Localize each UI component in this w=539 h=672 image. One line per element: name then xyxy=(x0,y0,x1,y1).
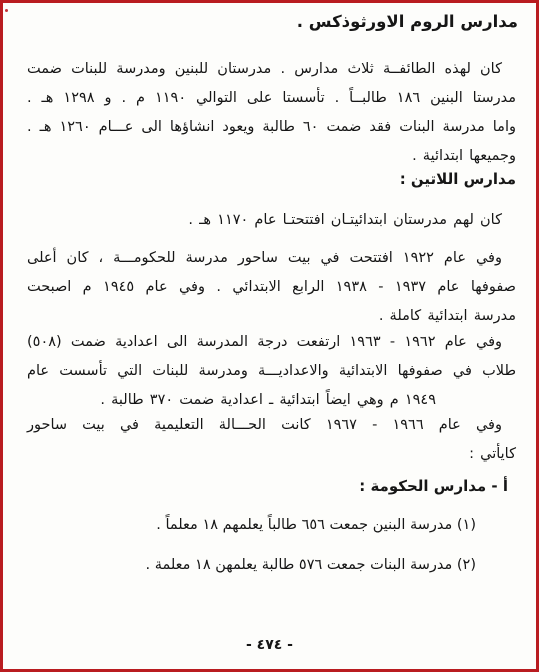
paragraph-orthodox-schools: كان لهذه الطائفــة ثلاث مدارس . مدرستان … xyxy=(27,55,516,171)
text-line: كايأتي : xyxy=(27,440,516,469)
text-line: مدرستا البنين ١٨٦ طالبــاً . تأسستا على … xyxy=(27,84,516,113)
subheading-government-schools: أ - مدارس الحكومة : xyxy=(359,477,508,495)
page-number: - ٤٧٤ - xyxy=(3,637,536,653)
text-line: كان لهم مدرستان ابتدائيتـان افتتحتـا عام… xyxy=(27,206,516,235)
text-line: مدرسة ابتدائية كاملة . xyxy=(27,302,516,331)
text-line: صفوفها عام ١٩٣٧ - ١٩٣٨ الرابع الابتدائي … xyxy=(27,273,516,302)
ink-speck xyxy=(5,9,8,12)
text-line: طلاب في صفوفها الابتدائية والاعداديـــة … xyxy=(27,357,516,386)
page-title: مدارس الروم الاورثوذكس . xyxy=(297,12,518,31)
text-line: وفي عام ١٩٦٢ - ١٩٦٣ ارتفعت درجة المدرسة … xyxy=(27,328,516,357)
section-heading-latin-schools: مدارس اللاتين : xyxy=(400,170,516,188)
scanned-book-page: مدارس الروم الاورثوذكس . كان لهذه الطائف… xyxy=(0,0,539,672)
text-line: وجميعها ابتدائية . xyxy=(27,142,516,171)
paragraph-1966-status: وفي عام ١٩٦٦ - ١٩٦٧ كانت الحـــالة التعل… xyxy=(27,411,516,469)
paragraph-1962-upgrade: وفي عام ١٩٦٢ - ١٩٦٣ ارتفعت درجة المدرسة … xyxy=(27,328,516,415)
text-line: كان لهذه الطائفــة ثلاث مدارس . مدرستان … xyxy=(27,55,516,84)
text-line: وفي عام ١٩٢٢ افتتحت في بيت ساحور مدرسة ل… xyxy=(27,244,516,273)
list-item-girls-school: (٢) مدرسة البنات جمعت ٥٧٦ طالبة يعلمهن ١… xyxy=(27,554,476,576)
text-line: وفي عام ١٩٦٦ - ١٩٦٧ كانت الحـــالة التعل… xyxy=(27,411,516,440)
list-item-boys-school: (١) مدرسة البنين جمعت ٦٥٦ طالباً يعلمهم … xyxy=(27,514,476,536)
paragraph-latin-intro: كان لهم مدرستان ابتدائيتـان افتتحتـا عام… xyxy=(27,206,516,235)
text-line: واما مدرسة البنات فقد ضمت ٦٠ طالبة ويعود… xyxy=(27,113,516,142)
paragraph-1922-school: وفي عام ١٩٢٢ افتتحت في بيت ساحور مدرسة ل… xyxy=(27,244,516,331)
